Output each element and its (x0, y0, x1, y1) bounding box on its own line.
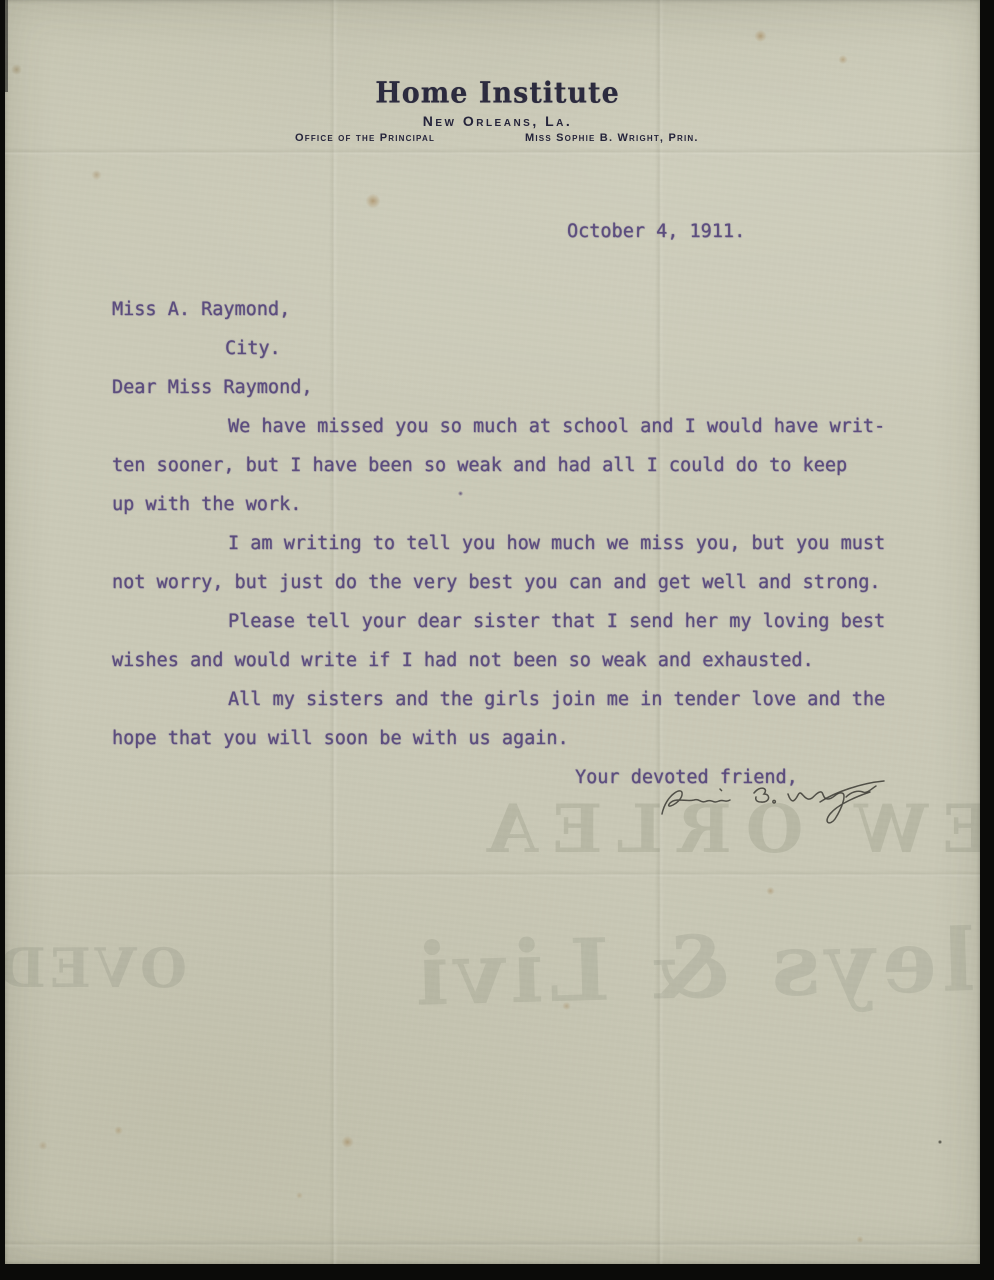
recipient-city: City. (112, 329, 932, 368)
body-line: Please tell your dear sister that I send… (112, 602, 932, 641)
dark-speck (938, 1140, 942, 1144)
blank-line (112, 251, 932, 290)
letterhead-city-line: New Orleans, La. (15, 113, 980, 129)
salutation-line: Dear Miss Raymond, (112, 368, 932, 407)
foxing-spot (11, 64, 22, 75)
horizontal-fold-crease (5, 1240, 980, 1248)
body-line: ten sooner, but I have been so weak and … (112, 446, 932, 485)
foxing-spot (562, 1002, 571, 1010)
letter-sheet: NEW ORLEA Alleys & Livi OVED Home Instit… (5, 0, 980, 1264)
foxing-spot (766, 887, 775, 895)
body-line: I am writing to tell you how much we mis… (112, 524, 932, 563)
body-line: up with the work. (112, 485, 932, 524)
letterhead-title: Home Institute (15, 77, 980, 110)
foxing-spot (365, 194, 381, 208)
foxing-spot (114, 1126, 123, 1135)
body-line: All my sisters and the girls join me in … (112, 680, 932, 719)
foxing-spot (38, 1141, 48, 1150)
foxing-spot (296, 1192, 303, 1199)
letterhead: Home Institute New Orleans, La. (5, 0, 980, 47)
date-line: October 4, 1911. (112, 212, 932, 251)
typed-letter-body: October 4, 1911. Miss A. Raymond, City. … (112, 212, 932, 797)
letterhead-office-of-principal: Office of the Principal (295, 132, 435, 144)
horizontal-fold-crease (5, 148, 980, 156)
body-line: not worry, but just do the very best you… (112, 563, 932, 602)
horizontal-fold-crease (5, 870, 980, 878)
body-line: hope that you will soon be with us again… (112, 719, 932, 758)
bleedthrough-text-big: Alleys & Livi (409, 907, 980, 1026)
bleedthrough-text-left: OVED (5, 936, 187, 1000)
body-line: We have missed you so much at school and… (112, 407, 932, 446)
foxing-spot (341, 1136, 354, 1148)
foxing-spot (91, 170, 102, 180)
body-line: wishes and would write if I had not been… (112, 641, 932, 680)
scan-edge-shadow (5, 0, 8, 92)
foxing-spot (838, 55, 848, 64)
letterhead-principal-name: Miss Sophie B. Wright, Prin. (525, 132, 699, 144)
handwritten-signature (648, 770, 908, 842)
recipient-line: Miss A. Raymond, (112, 290, 932, 329)
